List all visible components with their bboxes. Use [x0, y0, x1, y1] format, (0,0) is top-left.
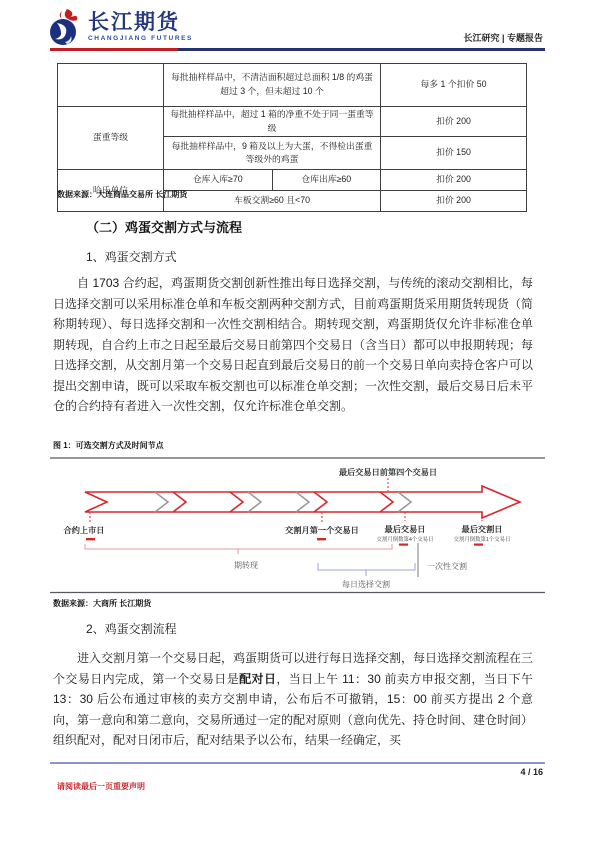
sublabel-last-trading-day: 交割月倒数第4个交易日: [377, 535, 434, 543]
timeline-figure-svg: 最后交易日前第四个交易日 合约上市日 交割月第一个交易日 最后交易日 最后交割日…: [50, 455, 545, 595]
header-divider-blue: [178, 48, 545, 51]
timeline-figure: 最后交易日前第四个交易日 合约上市日 交割月第一个交易日 最后交易日 最后交割日…: [50, 455, 545, 595]
label-first-trading-day: 交割月第一个交易日: [285, 525, 359, 535]
label-efp: 期转现: [234, 560, 258, 570]
table-row: 哈氏单位 仓库入库≥70 仓库出库≥60 扣价 200: [58, 170, 527, 191]
section-heading: （二）鸡蛋交割方式与流程: [86, 217, 242, 236]
table-cell-discount: 扣价 200: [381, 107, 527, 137]
footer-divider: [50, 762, 545, 764]
report-type-label: 长江研究 | 专题报告: [463, 31, 543, 44]
figure-source-note: 数据来源：大商所 长江期货: [53, 598, 151, 609]
red-mark: [399, 544, 408, 546]
header-divider-red: [50, 48, 178, 51]
figure-caption: 图 1：可选交割方式及时间节点: [53, 440, 164, 451]
timeline-arrow-band: [85, 486, 520, 518]
label-last-delivery-day: 最后交割日: [462, 524, 503, 534]
label-onetime-delivery: 一次性交割: [427, 561, 467, 571]
page-number: 4 / 16: [520, 767, 543, 777]
table-cell-category: [58, 64, 164, 107]
table-cell-category: 蛋重等级: [58, 107, 164, 170]
table-cell-condition: 每批抽样样品中，9 箱及以上为大蛋，不得检出蛋重等级外的鸡蛋: [164, 137, 381, 170]
table-cell-discount: 每多 1 个扣价 50: [381, 64, 527, 107]
header-divider: [50, 48, 545, 51]
subsection-heading-2: 2、鸡蛋交割流程: [86, 620, 177, 637]
table-cell-condition: 车板交割≥60 且<70: [164, 191, 381, 212]
red-mark: [317, 538, 326, 540]
red-mark: [86, 538, 95, 540]
table-cell-discount: 扣价 200: [381, 191, 527, 212]
label-fourth-day-before-last-trading: 最后交易日前第四个交易日: [339, 467, 437, 477]
disclaimer-note: 请阅读最后一页重要声明: [57, 781, 145, 792]
paragraph-delivery-methods: 自 1703 合约起，鸡蛋期货交割创新性推出每日选择交割，与传统的滚动交割相比，…: [53, 273, 533, 417]
changjiang-futures-logo-icon: [48, 8, 82, 46]
label-last-trading-day: 最后交易日: [385, 524, 426, 534]
label-contract-listing-day: 合约上市日: [64, 525, 105, 535]
company-logo: 长江期货 CHANGJIANG FUTURES: [48, 8, 193, 46]
table-source-note: 数据来源：大连商品交易所 长江期货: [57, 189, 187, 200]
red-mark: [474, 544, 483, 546]
table-cell-condition: 每批抽样样品中，超过 1 箱的净重不处于同一蛋重等级: [164, 107, 381, 137]
table-cell-discount: 扣价 200: [381, 170, 527, 191]
logo-en-text: CHANGJIANG FUTURES: [88, 36, 193, 43]
table-cell-discount: 扣价 150: [381, 137, 527, 170]
table-cell-condition: 仓库出库≥60: [272, 170, 381, 191]
logo-cn-text: 长江期货: [88, 12, 193, 33]
sublabel-last-delivery-day: 交割月倒数第1个交易日: [454, 535, 511, 543]
table-row: 蛋重等级 每批抽样样品中，超过 1 箱的净重不处于同一蛋重等级 扣价 200: [58, 107, 527, 137]
paragraph-delivery-process: 进入交割月第一个交易日起，鸡蛋期货可以进行每日选择交割，每日选择交割流程在三个交…: [53, 648, 533, 751]
label-daily-delivery: 每日选择交割: [342, 579, 390, 589]
subsection-heading-1: 1、鸡蛋交割方式: [86, 248, 177, 265]
table-row: 每批抽样样品中，不清洁面积超过总面积 1/8 的鸡蛋超过 3 个，但未超过 10…: [58, 64, 527, 107]
table-cell-condition: 仓库入库≥70: [164, 170, 273, 191]
daily-delivery-bracket: [318, 563, 415, 570]
table-cell-condition: 每批抽样样品中，不清洁面积超过总面积 1/8 的鸡蛋超过 3 个，但未超过 10…: [164, 64, 381, 107]
paragraph-bold-term: 配对日: [239, 672, 276, 686]
report-page: 长江期货 CHANGJIANG FUTURES 长江研究 | 专题报告 每批抽样…: [0, 0, 595, 841]
efp-bracket: [85, 544, 392, 549]
